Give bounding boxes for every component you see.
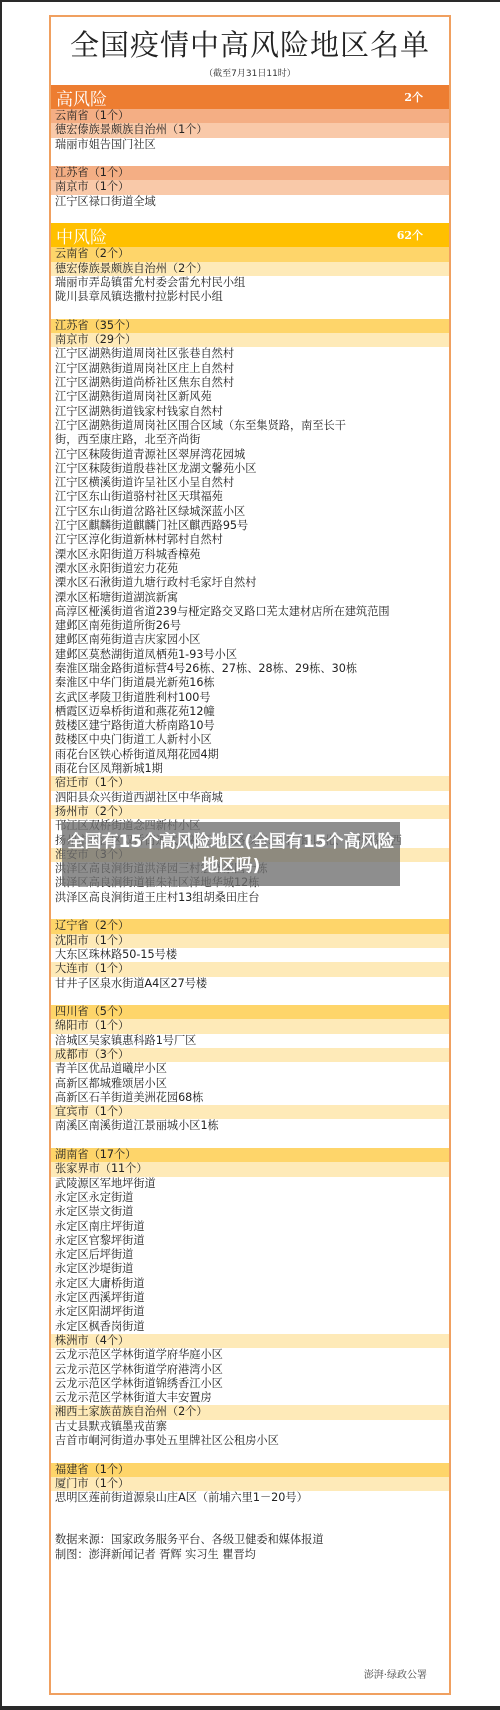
province-row: 江苏省（1个） [51, 166, 449, 180]
group-spacer [51, 1134, 449, 1148]
area-row: 涪城区吴家镇惠科路1号厂区 [51, 1034, 449, 1048]
area-row: 江宁区秣陵街道青源社区翠屏湾花园城 [51, 448, 449, 462]
area-row: 高新区都城雅颂居小区 [51, 1077, 449, 1091]
area-row: 永定区南庄坪街道 [51, 1220, 449, 1234]
city-row: 德宏傣族景颇族自治州（1个） [51, 123, 449, 137]
area-row: 思明区莲前街道源泉山庄A区（前埔六里1－20号） [51, 1491, 449, 1505]
area-row: 永定区官黎坪街道 [51, 1234, 449, 1248]
area-row: 江宁区东山街道骆村社区天琪福苑 [51, 490, 449, 504]
area-row: 栖霞区迈皋桥街道和燕花苑12幢 [51, 705, 449, 719]
area-row: 江宁区横溪街道许呈社区小呈自然村 [51, 476, 449, 490]
area-row: 溧水区永阳街道宏力花苑 [51, 562, 449, 576]
city-row: 大连市（1个） [51, 962, 449, 976]
area-row: 吉首市峒河街道办事处五里牌社区公租房小区 [51, 1434, 449, 1448]
city-row: 成都市（3个） [51, 1048, 449, 1062]
overlay-caption: 全国有15个高风险地区(全国有15个高风险地区吗) [62, 822, 400, 886]
city-row: 湘西土家族苗族自治州（2个） [51, 1405, 449, 1419]
area-row: 雨花台区铁心桥街道凤翔花园4期 [51, 748, 449, 762]
area-row: 瑞丽市姐告国门社区 [51, 138, 449, 152]
group-spacer [51, 1506, 449, 1520]
area-row: 南溪区南溪街道江景丽城小区1栋 [51, 1119, 449, 1133]
credit-note: 制图：澎湃新闻记者 胥辉 实习生 瞿晋均 [55, 1547, 449, 1562]
area-row: 高新区石羊街道美洲花园68栋 [51, 1091, 449, 1105]
area-row: 永定区崇文街道 [51, 1205, 449, 1219]
area-row: 洪泽区高良涧街道王庄村13组胡桑田庄台 [51, 891, 449, 905]
page-subtitle: （截至7月31日11时） [51, 66, 449, 79]
area-row: 青羊区优品道曦岸小区 [51, 1062, 449, 1076]
risk-level-count: 62个 [397, 227, 423, 243]
footer: 数据来源：国家政务服务平台、各级卫健委和媒体报道制图：澎湃新闻记者 胥辉 实习生… [51, 1532, 449, 1562]
area-row: 鼓楼区中央门街道工人新村小区 [51, 733, 449, 747]
area-row: 江宁区淳化街道新林村郭村自然村 [51, 533, 449, 547]
area-row: 瑞丽市弄岛镇雷允村委会雷允村民小组 [51, 276, 449, 290]
area-row: 建邺区南苑街道吉庆家园小区 [51, 633, 449, 647]
area-row: 街，西至康庄路，北至齐尚街 [51, 433, 449, 447]
area-row: 鼓楼区建宁路街道大桥南路10号 [51, 719, 449, 733]
left-edge [0, 0, 2, 1710]
group-spacer [51, 991, 449, 1005]
city-row: 南京市（1个） [51, 180, 449, 194]
area-row: 建邺区南苑街道所街26号 [51, 619, 449, 633]
province-row: 福建省（1个） [51, 1463, 449, 1477]
area-row: 溧水区石湫街道九塘行政村毛家圩自然村 [51, 576, 449, 590]
area-row: 雨花台区凤翔新城1期 [51, 762, 449, 776]
risk-level-count: 2个 [404, 89, 423, 105]
area-row: 秦淮区瑞金路街道标营4号26栋、27栋、28栋、29栋、30栋 [51, 662, 449, 676]
city-row: 南京市（29个） [51, 333, 449, 347]
group-spacer [51, 305, 449, 319]
province-row: 湖南省（17个） [51, 1148, 449, 1162]
area-row: 永定区阳湖坪街道 [51, 1305, 449, 1319]
city-row: 宜宾市（1个） [51, 1105, 449, 1119]
risk-level-label: 高风险 [56, 85, 107, 110]
mid-risk-header: 中风险62个 [51, 223, 449, 247]
area-row: 古丈县默戎镇墨戎苗寨 [51, 1420, 449, 1434]
area-row: 江宁区湖熟街道周岗社区张巷自然村 [51, 347, 449, 361]
area-row: 江宁区湖熟街道周岗社区新风苑 [51, 390, 449, 404]
area-row: 泗阳县众兴街道西湖社区中华商城 [51, 791, 449, 805]
area-row: 云龙示范区学林街道大丰安置房 [51, 1391, 449, 1405]
bottom-edge [0, 1706, 500, 1710]
area-row: 秦淮区中华门街道晨光新苑16栋 [51, 676, 449, 690]
top-edge [0, 0, 500, 2]
province-row: 江苏省（35个） [51, 319, 449, 333]
city-row: 绵阳市（1个） [51, 1019, 449, 1033]
area-row: 云龙示范区学林街道学府华庭小区 [51, 1348, 449, 1362]
area-row: 溧水区柘塘街道湖滨新寓 [51, 591, 449, 605]
area-row: 陇川县章凤镇迭撒村拉影村民小组 [51, 290, 449, 304]
area-row: 云龙示范区学林街道锦绣香江小区 [51, 1377, 449, 1391]
area-row: 云龙示范区学林街道学府港湾小区 [51, 1363, 449, 1377]
risk-level-label: 中风险 [56, 223, 107, 248]
area-row: 甘井子区泉水街道A4区27号楼 [51, 977, 449, 991]
city-row: 厦门市（1个） [51, 1477, 449, 1491]
area-row: 永定区后坪街道 [51, 1248, 449, 1262]
city-row: 扬州市（2个） [51, 805, 449, 819]
city-row: 宿迁市（1个） [51, 776, 449, 790]
high-risk-section: 高风险2个云南省（1个）德宏傣族景颇族自治州（1个）瑞丽市姐告国门社区江苏省（1… [51, 85, 449, 223]
province-row: 云南省（2个） [51, 247, 449, 261]
area-row: 江宁区湖熟街道周岗社区庄上自然村 [51, 362, 449, 376]
area-row: 高淳区桠溪街道省道239与桠定路交叉路口芜太建材店所在建筑范围 [51, 605, 449, 619]
area-row: 江宁区麒麟街道麒麟门社区麒西路95号 [51, 519, 449, 533]
area-row: 江宁区湖熟街道周岗社区围合区域（东至集贤路，南至长干 [51, 419, 449, 433]
area-row: 永定区永定街道 [51, 1191, 449, 1205]
city-row: 张家界市（11个） [51, 1162, 449, 1176]
group-spacer [51, 209, 449, 223]
area-row: 建邺区莫愁湖街道凤栖苑1-93号小区 [51, 648, 449, 662]
city-row: 沈阳市（1个） [51, 934, 449, 948]
high-risk-header: 高风险2个 [51, 85, 449, 109]
city-row: 株洲市（4个） [51, 1334, 449, 1348]
group-spacer [51, 1448, 449, 1462]
page-title: 全国疫情中高风险地区名单 [51, 23, 449, 64]
area-row: 大东区珠林路50-15号楼 [51, 948, 449, 962]
area-row: 玄武区孝陵卫街道胜利村100号 [51, 691, 449, 705]
area-row: 江宁区禄口街道全域 [51, 195, 449, 209]
area-row: 永定区西溪坪街道 [51, 1291, 449, 1305]
province-row: 四川省（5个） [51, 1005, 449, 1019]
area-row: 永定区大庸桥街道 [51, 1277, 449, 1291]
group-spacer [51, 905, 449, 919]
city-row: 德宏傣族景颇族自治州（2个） [51, 262, 449, 276]
province-row: 辽宁省（2个） [51, 919, 449, 933]
area-row: 武陵源区军地坪街道 [51, 1177, 449, 1191]
area-row: 江宁区湖熟街道钱家村钱家自然村 [51, 405, 449, 419]
area-row: 永定区枫香岗街道 [51, 1320, 449, 1334]
area-row: 溧水区永阳街道万科城香樟苑 [51, 548, 449, 562]
area-row: 江宁区秣陵街道殷巷社区龙湖文馨苑小区 [51, 462, 449, 476]
area-row: 江宁区东山街道岔路社区绿城深蓝小区 [51, 505, 449, 519]
group-spacer [51, 152, 449, 166]
area-row: 永定区沙堤街道 [51, 1262, 449, 1276]
area-row: 江宁区湖熟街道尚桥社区焦东自然村 [51, 376, 449, 390]
province-row: 云南省（1个） [51, 109, 449, 123]
brand-logo: 澎湃·绿政公署 [364, 1666, 427, 1681]
data-source-note: 数据来源：国家政务服务平台、各级卫健委和媒体报道 [55, 1532, 449, 1547]
